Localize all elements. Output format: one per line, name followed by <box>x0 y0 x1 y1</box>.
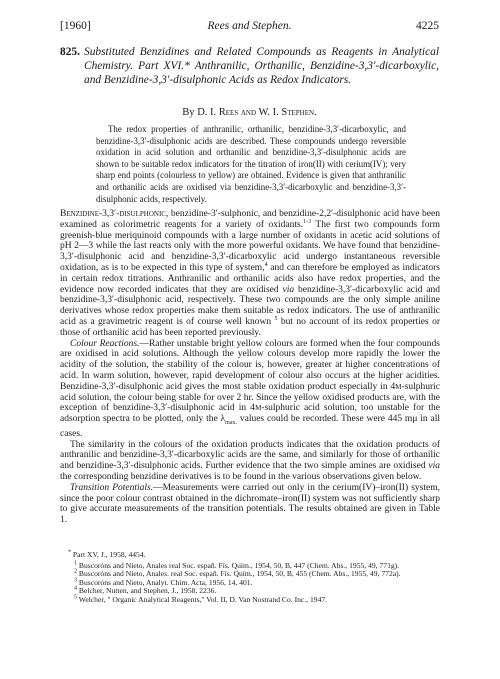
paragraph-colour-reactions: Colour Reactions.—Rather unstable bright… <box>60 339 440 440</box>
running-header: [1960] Rees and Stephen. 4225 <box>60 20 439 34</box>
footnote-mark: 3 <box>74 577 77 583</box>
section-heading: Colour Reactions. <box>70 339 139 349</box>
paragraph-similarity: The similarity in the colours of the oxi… <box>60 440 440 483</box>
footnote-text: Welcher, " Organic Analytical Reagents,"… <box>79 595 327 604</box>
citation-ref: 1-3 <box>303 219 311 225</box>
running-title: Rees and Stephen. <box>60 20 439 32</box>
abstract-text: The redox properties of anthranilic, ort… <box>96 124 406 205</box>
article-number: 825. <box>60 46 80 60</box>
footnotes: * Part XV, J., 1958, 4454. 1 Buscorόns a… <box>60 551 440 605</box>
paragraph-intro: Benzidine-3,3′-disulphonic, benzidine-3′… <box>60 209 440 339</box>
footnote-mark: 4 <box>74 586 77 592</box>
subscript: max. <box>225 420 237 426</box>
lead-in: Benzidine-3,3′-disulphonic <box>60 209 166 219</box>
section-heading: Transition Potentials. <box>70 483 153 493</box>
byline-prefix: By <box>182 107 194 118</box>
page-number: 4225 <box>416 20 439 32</box>
footnote: 5 Welcher, " Organic Analytical Reagents… <box>60 596 440 605</box>
text-run: The similarity in the colours of the oxi… <box>60 440 440 472</box>
authors: D. I. Rees and W. I. Stephen. <box>197 107 317 118</box>
text-run: via <box>428 461 440 471</box>
footnote-mark: 2 <box>74 569 77 575</box>
footnote-mark: 5 <box>74 594 77 600</box>
article-title-block: 825. Substituted Benzidines and Related … <box>60 46 439 87</box>
footnote-text: Part XV, J., 1958, 4454. <box>73 550 146 559</box>
footnote: * Part XV, J., 1958, 4454. <box>60 551 440 560</box>
abstract: The redox properties of anthranilic, ort… <box>96 124 406 205</box>
article-title: Substituted Benzidines and Related Compo… <box>84 46 439 87</box>
text-run: via <box>283 285 295 295</box>
journal-page: [1960] Rees and Stephen. 4225 825. Subst… <box>0 0 500 679</box>
text-run: the corresponding benzidine derivatives … <box>60 472 421 482</box>
footnote-mark: * <box>68 549 71 555</box>
body-text: Benzidine-3,3′-disulphonic, benzidine-3′… <box>60 209 440 526</box>
byline: By D. I. Rees and W. I. Stephen. <box>60 107 439 118</box>
paragraph-transition-potentials: Transition Potentials.—Measurements were… <box>60 483 440 526</box>
footnote-mark: 1 <box>74 560 77 566</box>
